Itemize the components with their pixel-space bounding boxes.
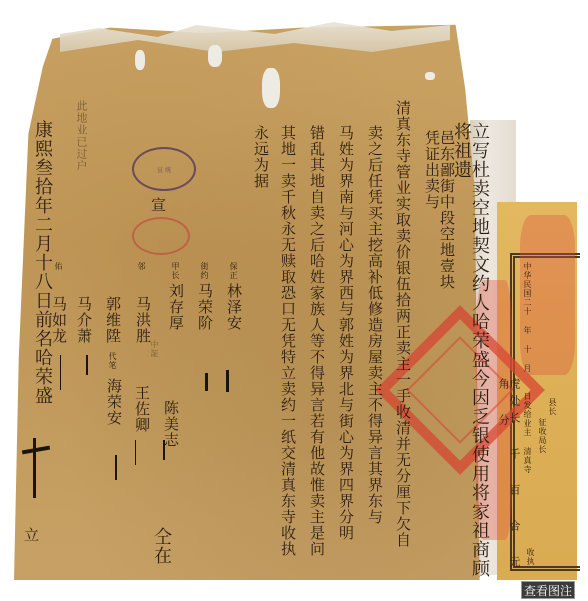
witness-ma-hong: 马洪胜 (135, 296, 150, 344)
cross-mark (60, 355, 61, 390)
witness-hai: 海荣安 (106, 378, 121, 426)
witness-jiazhang: 刘存厚 (168, 283, 183, 331)
image-viewer: 立写杜卖空地契文约人哈荣盛今因乏银使用将家祖商顾将祖遗 邑东鄙街中段空地壹块凭证… (0, 0, 588, 601)
li-character: 立 (23, 527, 38, 543)
contract-line-6: 错乱其地自卖之后哈姓家族人等不得异言若有他故惟卖主是问 (309, 125, 324, 580)
paper-hole (262, 68, 280, 108)
witness-label-lin: 邻 (137, 262, 145, 271)
witness-guo: 郭维陞 (105, 296, 120, 344)
contract-line-8: 永远为据 (253, 125, 268, 215)
witness-baozheng: 林泽安 (226, 283, 241, 331)
paper-hole (425, 72, 435, 80)
quan-zai-text: 仝在 (152, 527, 170, 565)
witness-ma-ru: 马如龙 (51, 296, 66, 344)
receipt-issuer: 日发给业主 清真寺 (523, 392, 531, 474)
cross-mark (163, 440, 165, 460)
cross-mark (135, 440, 136, 465)
faint-annotation: 此地业已过户 (76, 100, 87, 172)
purple-oval-stamp: 宣 统 (132, 147, 196, 191)
receipt-collector: 征收局长 (538, 418, 546, 454)
witness-label-you: 佑 (54, 262, 62, 271)
receipt-date: 中华民国二十 年 十 月 (523, 262, 531, 373)
contract-line-1: 立写杜卖空地契文约人哈荣盛今因乏银使用将家祖商顾将祖遗 (452, 122, 488, 582)
cross-mark (226, 370, 229, 392)
witness-label-jiazhang: 甲长 (171, 262, 179, 280)
contract-line-4: 卖之后任凭买主挖高补低修造房屋卖主不得异言其界东与 (367, 125, 382, 580)
witness-label-daibi: 代笔 (108, 352, 116, 370)
contract-line-3: 清真东寺管业实取卖价银伍拾两正卖主一手收清并无分厘下欠自 (395, 100, 410, 580)
receipt-amount-column: 虎处长 千 百 合 元 角 分 (498, 378, 520, 578)
contract-date: 康熙叁拾年二月十八日前名哈荣盛 (33, 120, 51, 440)
witness-jieyue: 马荣阶 (197, 283, 212, 331)
contract-line-2: 邑东鄙街中段空地壹块凭证出卖与 (424, 130, 454, 290)
paper-hole (208, 45, 222, 67)
witness-ma-jie: 马介萧 (76, 296, 91, 344)
witness-chen: 陈美志 (163, 400, 178, 448)
cross-mark (205, 373, 208, 391)
paper-hole (135, 50, 145, 70)
view-caption-button[interactable]: 查看图注 (521, 581, 575, 599)
signature-mark: 宣 (150, 197, 165, 213)
witness-label-jieyue: 街约 (200, 262, 208, 280)
witness-wang: 王佐卿 (134, 385, 149, 433)
contract-line-5: 马姓为界南与河心为界西与郭姓为界北与街心为界四界分明 (338, 125, 353, 580)
red-oval-stamp (132, 217, 190, 255)
contract-line-7: 其地一卖千秋永无赎取恐口无凭特立卖约一纸交清真东寺收执 (280, 125, 295, 580)
cross-mark (86, 355, 88, 375)
receipt-label: 收执 (526, 548, 534, 566)
cross-mark (115, 455, 117, 480)
witness-label-baozheng: 保正 (229, 262, 237, 280)
receipt-county: 县长 (548, 398, 556, 416)
